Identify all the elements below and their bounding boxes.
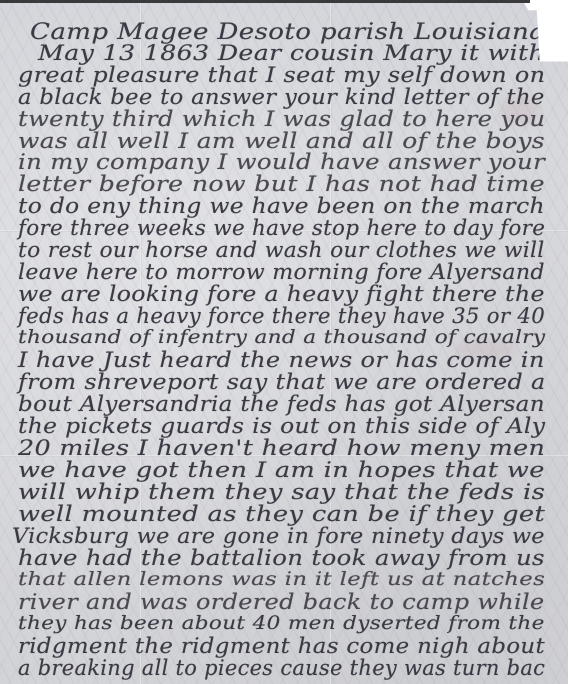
paper-sheet: Camp Magee Desoto parish Louisiana May 1… (0, 0, 568, 684)
text-line: river and was ordered back to camp while (18, 590, 545, 614)
text-line: in my company I would have answer your (18, 150, 545, 174)
text-line: bout Alyersandria the feds has got Alyer… (18, 392, 545, 416)
text-line: we have got then I am in hopes that we (18, 458, 545, 482)
text-line: leave here to morrow morning fore Alyers… (18, 260, 545, 284)
date-line: May 13 1863 Dear cousin Mary it with (38, 41, 545, 65)
text-line: Vicksburg we are gone in fore ninety day… (12, 524, 545, 548)
text-line: we are looking fore a heavy fight there … (18, 282, 545, 306)
text-line: great pleasure that I seat my self down … (18, 63, 545, 87)
text-line: twenty third which I was glad to here yo… (18, 107, 545, 131)
text-line: a breaking all to pieces cause they was … (18, 656, 545, 680)
text-line: they has been about 40 men dyserted from… (18, 612, 545, 634)
text-line: I have Just heard the news or has come i… (18, 348, 545, 372)
text-line: that allen lemons was in it left us at n… (18, 568, 545, 590)
text-line: 20 miles I haven't heard how meny men (18, 436, 545, 460)
text-line: will whip them they say that the feds is (18, 480, 545, 504)
text-line: have had the battalion took away from us (18, 546, 545, 570)
text-line: to do eny thing we have been on the marc… (18, 194, 545, 218)
text-line: a black bee to answer your kind letter o… (18, 85, 545, 109)
text-line: fore three weeks we have stop here to da… (18, 216, 545, 240)
text-line: from shreveport say that we are ordered … (18, 370, 546, 394)
text-line: ridgment the ridgment has come nigh abou… (18, 634, 545, 658)
text-line: to rest our horse and wash our clothes w… (18, 238, 545, 262)
text-line: feds has a heavy force there they have 3… (18, 304, 545, 328)
text-line: the pickets guards is out on this side o… (18, 414, 545, 438)
paper-top-edge (0, 0, 530, 3)
handwritten-text: Camp Magee Desoto parish Louisiana May 1… (0, 0, 568, 684)
text-line: letter before now but I has not had time (18, 172, 545, 196)
letter-page: Camp Magee Desoto parish Louisiana May 1… (0, 0, 575, 684)
text-line: thousand of infentry and a thousand of c… (18, 326, 545, 348)
text-line: well mounted as they can be if they get (18, 502, 545, 526)
